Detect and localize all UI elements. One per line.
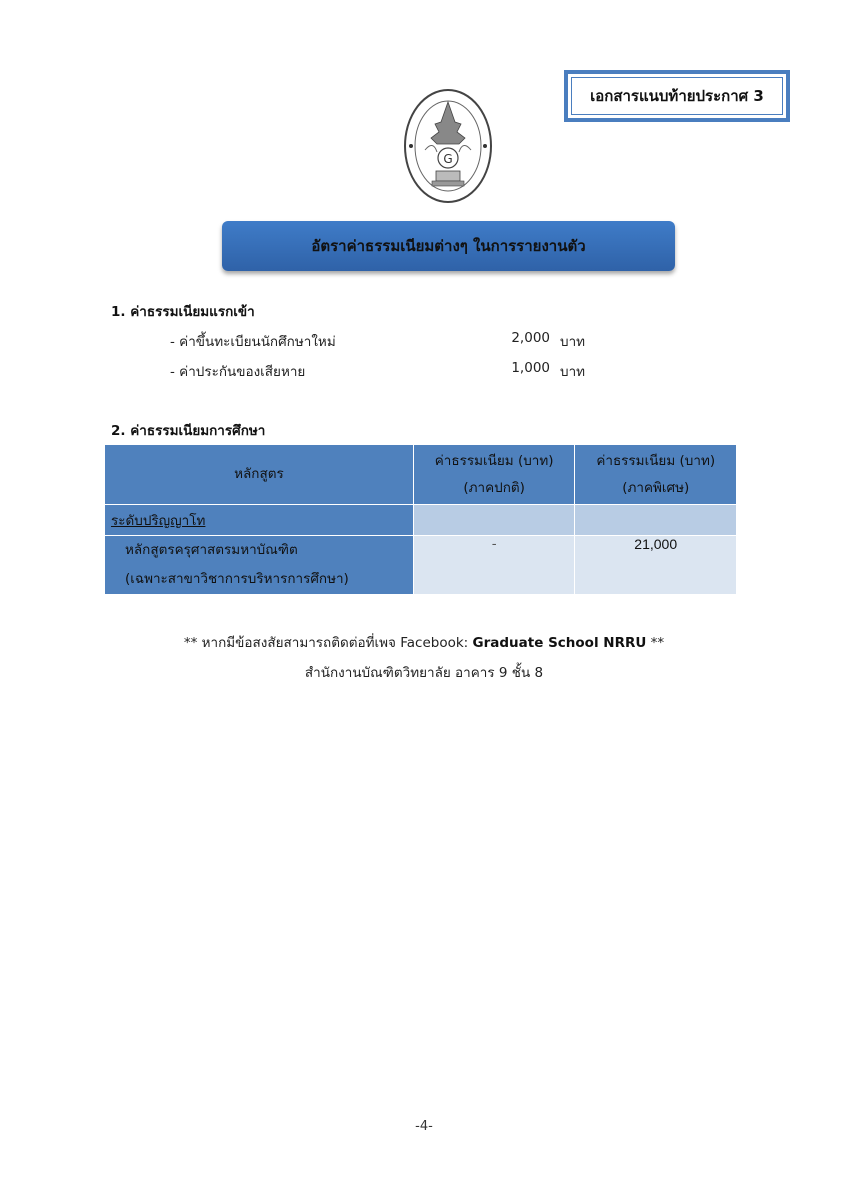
degree-level-cell: ระดับปริญญาโท [105, 505, 414, 536]
section-heading-tuition-fees: 2. ค่าธรรมเนียมการศึกษา [111, 419, 265, 441]
table-header-row: หลักสูตร ค่าธรรมเนียม (บาท) (ภาคปกติ) ค่… [105, 445, 737, 505]
annex-label-box: เอกสารแนบท้ายประกาศ 3 [564, 70, 790, 122]
fee-unit: บาท [560, 360, 585, 382]
fee-amount: 2,000 [505, 330, 550, 352]
fee-item: - ค่าขึ้นทะเบียนนักศึกษาใหม่ 2,000 บาท [170, 330, 580, 352]
fee-item: - ค่าประกันของเสียหาย 1,000 บาท [170, 360, 580, 382]
fee-unit: บาท [560, 330, 585, 352]
empty-cell [413, 505, 575, 536]
program-major: (เฉพาะสาขาวิชาการบริหารการศึกษา) [105, 565, 413, 594]
section-heading-entrance-fees: 1. ค่าธรรมเนียมแรกเข้า [111, 300, 255, 322]
fee-amount: 1,000 [505, 360, 550, 382]
program-cell: หลักสูตรครุศาสตรมหาบัณฑิต (เฉพาะสาขาวิชา… [105, 536, 414, 595]
facebook-page-name: Graduate School NRRU [473, 635, 647, 651]
page-title: อัตราค่าธรรมเนียมต่างๆ ในการรายงานตัว [311, 234, 585, 258]
annex-label: เอกสารแนบท้ายประกาศ 3 [571, 77, 783, 115]
column-header-program: หลักสูตร [105, 445, 414, 505]
table-row-level: ระดับปริญญาโท [105, 505, 737, 536]
university-seal-icon: G [403, 88, 493, 204]
tuition-fee-table: หลักสูตร ค่าธรรมเนียม (บาท) (ภาคปกติ) ค่… [104, 444, 737, 595]
program-name: หลักสูตรครุศาสตรมหาบัณฑิต [105, 536, 413, 565]
page-number: -4- [0, 1119, 848, 1134]
office-location: สำนักงานบัณฑิตวิทยาลัย อาคาร 9 ชั้น 8 [0, 661, 848, 683]
contact-note: ** หากมีข้อสงสัยสามารถติดต่อที่เพจ Faceb… [0, 631, 848, 653]
degree-level-label: ระดับปริญญาโท [105, 513, 205, 529]
fee-label: - ค่าขึ้นทะเบียนนักศึกษาใหม่ [170, 330, 505, 352]
regular-fee-cell: - [413, 536, 575, 595]
fee-label: - ค่าประกันของเสียหาย [170, 360, 505, 382]
column-header-special-fee: ค่าธรรมเนียม (บาท) (ภาคพิเศษ) [575, 445, 737, 505]
table-row: หลักสูตรครุศาสตรมหาบัณฑิต (เฉพาะสาขาวิชา… [105, 536, 737, 595]
column-header-regular-fee: ค่าธรรมเนียม (บาท) (ภาคปกติ) [413, 445, 575, 505]
empty-cell [575, 505, 737, 536]
special-fee-cell: 21,000 [575, 536, 737, 595]
page-title-banner: อัตราค่าธรรมเนียมต่างๆ ในการรายงานตัว [222, 221, 675, 271]
svg-text:G: G [443, 152, 452, 166]
